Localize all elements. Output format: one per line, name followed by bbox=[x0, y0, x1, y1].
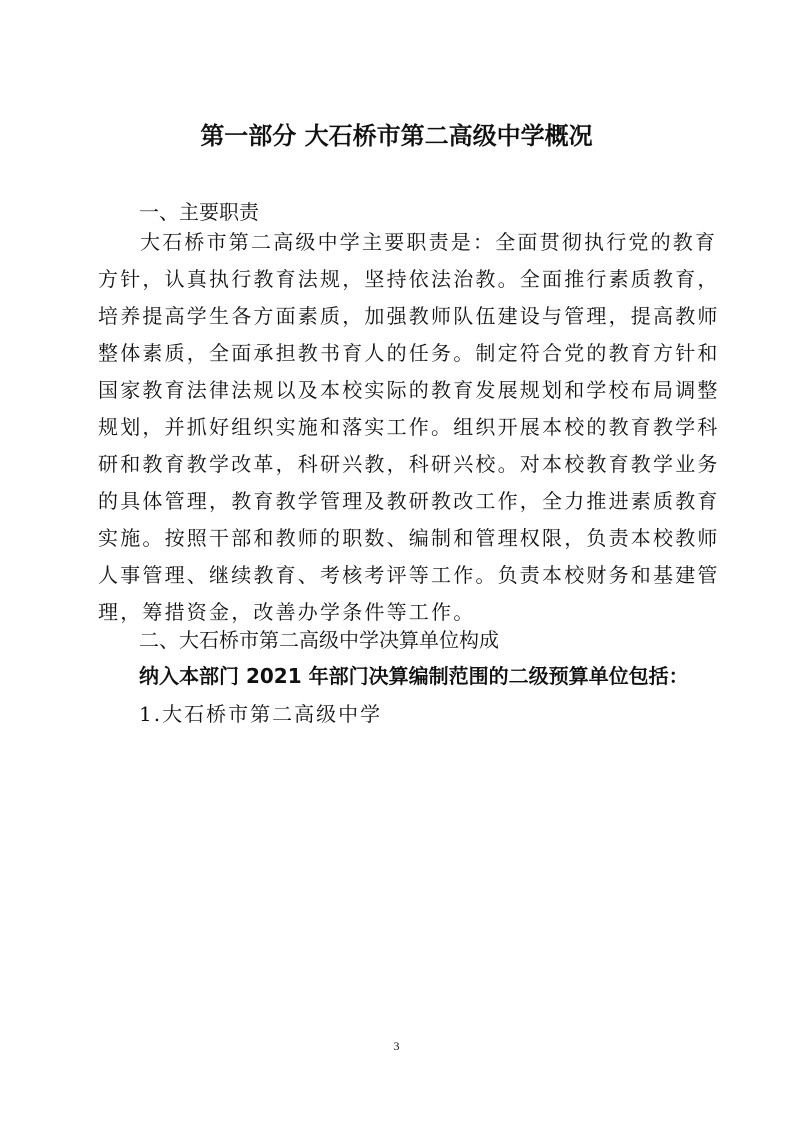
body-line: 整体素质，全面承担教书育人的任务。制定符合党的教育方针和 bbox=[98, 335, 698, 372]
section-2-heading: 二、大石桥市第二高级中学决算单位构成 bbox=[139, 624, 499, 653]
page-number: 3 bbox=[0, 1039, 793, 1054]
body-line: 培养提高学生各方面素质，加强教师队伍建设与管理，提高教师 bbox=[98, 298, 698, 335]
body-line: 研和教育教学改革，科研兴教，科研兴校。对本校教育教学业务 bbox=[98, 446, 698, 483]
body-line: 人事管理、继续教育、考核考评等工作。负责本校财务和基建管 bbox=[98, 557, 698, 594]
body-line: 大石桥市第二高级中学主要职责是：全面贯彻执行党的教育 bbox=[98, 224, 698, 261]
section-2-intro: 纳入本部门 2021 年部门决算编制范围的二级预算单位包括： bbox=[139, 660, 689, 689]
page-title: 第一部分 大石桥市第二高级中学概况 bbox=[0, 116, 793, 151]
body-line: 国家教育法律法规以及本校实际的教育发展规划和学校布局调整 bbox=[98, 372, 698, 409]
body-line: 规划，并抓好组织实施和落实工作。组织开展本校的教育教学科 bbox=[98, 409, 698, 446]
section-1-heading: 一、主要职责 bbox=[139, 196, 259, 225]
body-line: 实施。按照干部和教师的职数、编制和管理权限，负责本校教师 bbox=[98, 520, 698, 557]
budget-unit-item: 1.大石桥市第二高级中学 bbox=[139, 698, 382, 727]
section-1-body: 大石桥市第二高级中学主要职责是：全面贯彻执行党的教育 方针，认真执行教育法规，坚… bbox=[98, 224, 698, 631]
body-line: 方针，认真执行教育法规，坚持依法治教。全面推行素质教育， bbox=[98, 261, 698, 298]
body-line: 的具体管理，教育教学管理及教研教改工作，全力推进素质教育 bbox=[98, 483, 698, 520]
